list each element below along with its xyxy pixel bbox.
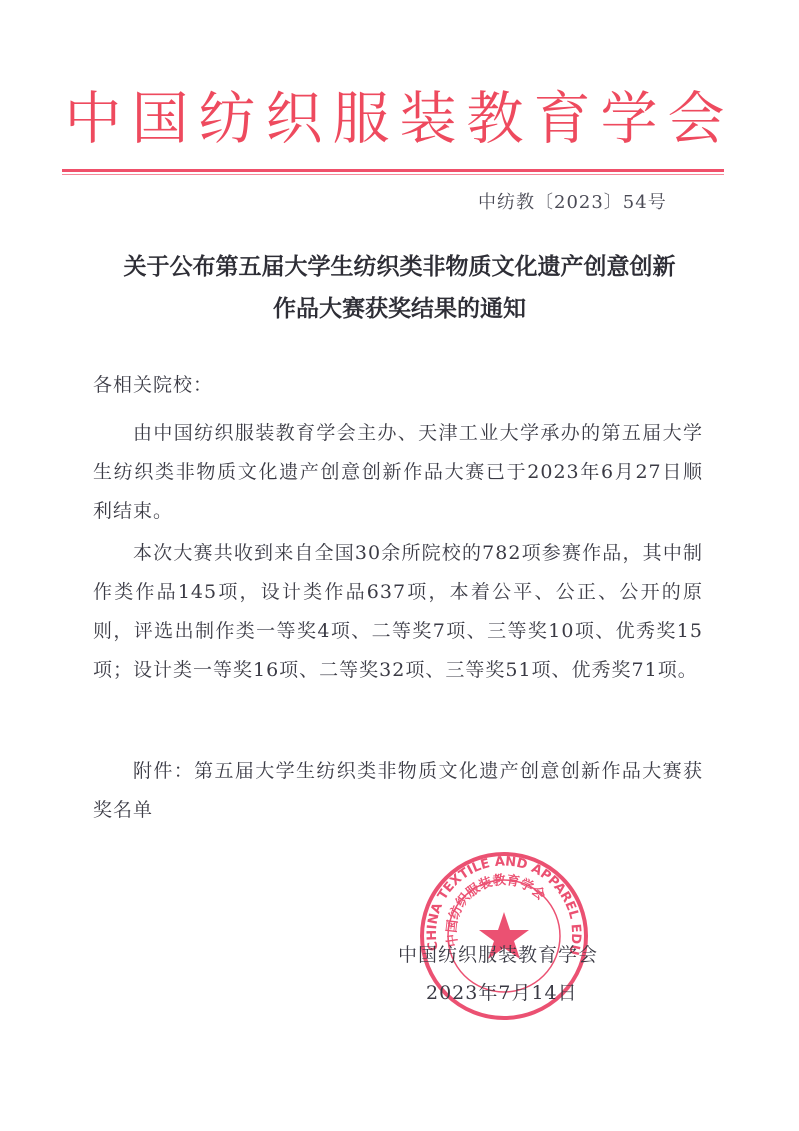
masthead-title: 中国纺织服装教育学会 bbox=[0, 84, 799, 154]
salutation: 各相关院校： bbox=[93, 366, 703, 405]
document-number: 中纺教〔2023〕54号 bbox=[478, 188, 667, 214]
red-header-rule-thin bbox=[62, 174, 724, 175]
notice-title-line-2: 作品大赛获奖结果的通知 bbox=[0, 290, 799, 323]
body-paragraph-2: 本次大赛共收到来自全国30余所院校的782项参赛作品，其中制作类作品145项，设… bbox=[93, 534, 703, 690]
attachment-note: 附件：第五届大学生纺织类非物质文化遗产创意创新作品大赛获奖名单 bbox=[93, 752, 703, 830]
signature-organization: 中国纺织服装教育学会 bbox=[398, 940, 598, 967]
notice-title-line-1: 关于公布第五届大学生纺织类非物质文化遗产创意创新 bbox=[0, 248, 799, 281]
issue-date: 2023年7月14日 bbox=[426, 978, 578, 1005]
red-header-rule bbox=[62, 169, 724, 172]
body-paragraph-1: 由中国纺织服装教育学会主办、天津工业大学承办的第五届大学生纺织类非物质文化遗产创… bbox=[93, 414, 703, 531]
